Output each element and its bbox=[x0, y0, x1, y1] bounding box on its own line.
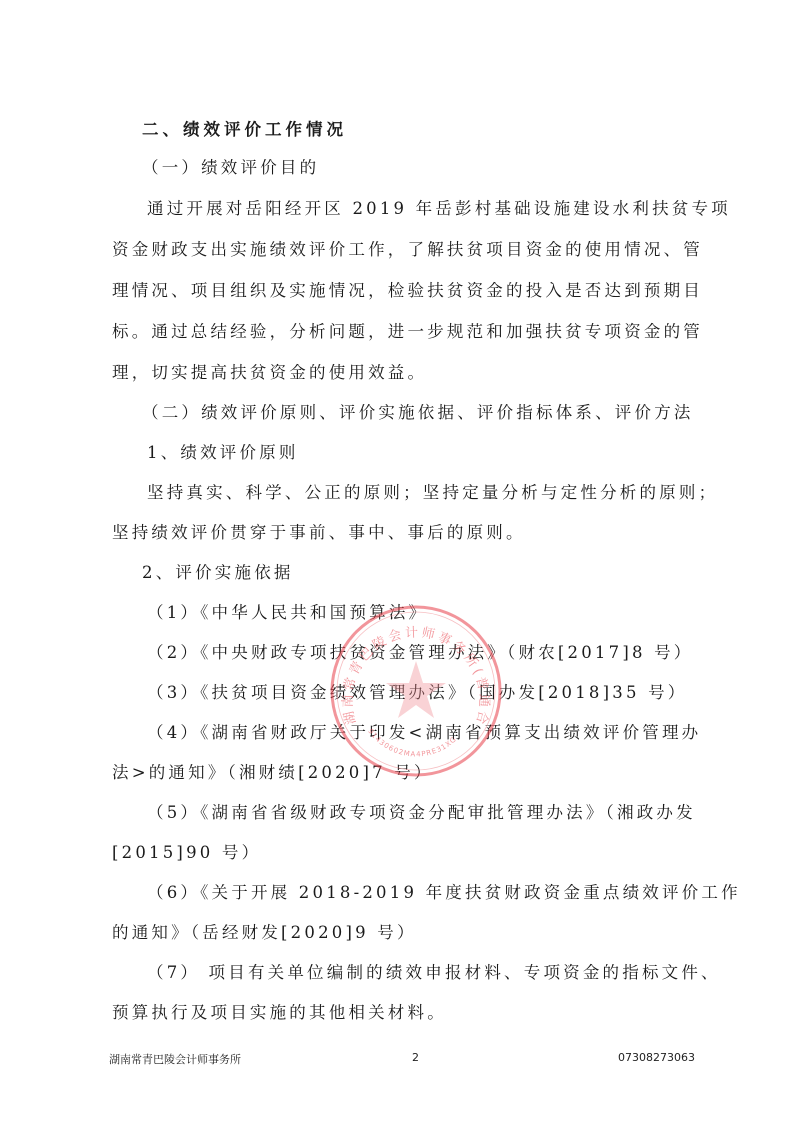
basis-item-6: （6）《关于开展 2018-2019 年度扶贫财政资金重点绩效评价工作 bbox=[147, 883, 741, 903]
basis-item-7: （7） 项目有关单位编制的绩效申报材料、专项资金的指标文件、 bbox=[147, 963, 721, 983]
paragraph-line: 坚持真实、科学、公正的原则；坚持定量分析与定性分析的原则； bbox=[147, 483, 718, 503]
footer-firm-name: 湖南常青巴陵会计师事务所 bbox=[109, 1051, 241, 1067]
basis-item-7-cont: 预算执行及项目实施的其他相关材料。 bbox=[112, 1003, 447, 1023]
paragraph-line: 资金财政支出实施绩效评价工作，了解扶贫项目资金的使用情况、管 bbox=[112, 240, 703, 260]
basis-item-5-cont: [2015]90 号） bbox=[112, 843, 261, 863]
basis-item-6-cont: 的通知》（岳经财发[2020]9 号） bbox=[112, 923, 417, 943]
subsection-title: （一）绩效评价目的 bbox=[142, 158, 319, 178]
paragraph-line: 理，切实提高扶贫资金的使用效益。 bbox=[112, 363, 427, 383]
basis-item-2: （2）《中央财政专项扶贫资金管理办法》（财农[2017]8 号） bbox=[147, 643, 694, 663]
basis-item-1: （1）《中华人民共和国预算法》 bbox=[147, 603, 428, 623]
paragraph-line: 通过开展对岳阳经开区 2019 年岳彭村基础设施建设水利扶贫专项 bbox=[147, 199, 731, 219]
subsection-title: （二）绩效评价原则、评价实施依据、评价指标体系、评价方法 bbox=[142, 403, 694, 423]
section-heading: 二、绩效评价工作情况 bbox=[142, 120, 347, 140]
paragraph-line: 理情况、项目组织及实施情况，检验扶贫资金的投入是否达到预期目 bbox=[112, 281, 703, 301]
item-title: 1、绩效评价原则 bbox=[147, 443, 299, 463]
footer-phone: 07308273063 bbox=[618, 1051, 695, 1064]
footer-page-number: 2 bbox=[412, 1051, 419, 1064]
basis-item-5: （5）《湖南省省级财政专项资金分配审批管理办法》（湘政办发 bbox=[147, 803, 696, 823]
item-title: 2、评价实施依据 bbox=[142, 563, 294, 583]
basis-item-4-cont: 法>的通知》（湘财绩[2020]7 号） bbox=[112, 763, 434, 783]
basis-item-4: （4）《湖南省财政厅关于印发<湖南省预算支出绩效评价管理办 bbox=[147, 723, 701, 743]
paragraph-line: 坚持绩效评价贯穿于事前、事中、事后的原则。 bbox=[112, 523, 526, 543]
basis-item-3: （3）《扶贫项目资金绩效管理办法》（国办发[2018]35 号） bbox=[147, 683, 688, 703]
paragraph-line: 标。通过总结经验，分析问题，进一步规范和加强扶贫专项资金的管 bbox=[112, 322, 703, 342]
document-page: 二、绩效评价工作情况 （一）绩效评价目的 通过开展对岳阳经开区 2019 年岳彭… bbox=[0, 0, 793, 1121]
